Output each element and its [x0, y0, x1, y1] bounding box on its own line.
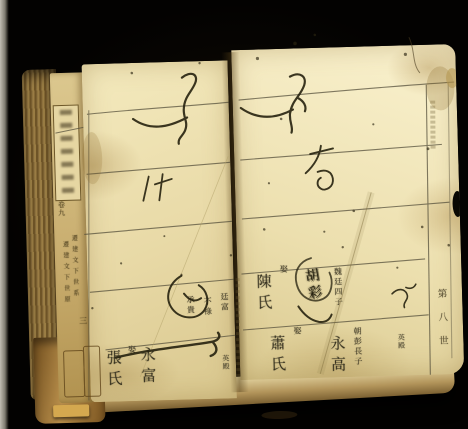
- tiny-note-left: 英殿: [222, 354, 229, 370]
- small-name-chenggui: 承貴: [186, 295, 195, 315]
- page-edge-gilt-strip: [53, 404, 89, 417]
- genealogy-book: 卷九 遷建文下世系 遷建文下世原 三 承貴 不祿 廷富 英殿 娶 張氏 永富 娶…: [19, 18, 466, 426]
- small-name-tingfu: 廷富: [220, 292, 229, 312]
- marriage-prefix-xiao: 娶: [293, 326, 301, 336]
- father-note-bottom: 朝彭長子: [353, 327, 362, 367]
- wife-name-chen: 陳氏: [255, 273, 271, 315]
- son-name-yonggao: 永高: [329, 335, 345, 377]
- right-page: [231, 44, 464, 380]
- son-name-yongfu: 永富: [139, 346, 155, 388]
- tiny-note-right: 英殿: [397, 334, 404, 350]
- edge-note-column-2: 遷建文下世原: [61, 241, 69, 307]
- illegible-title-text: [60, 110, 74, 196]
- photo-canvas: 卷九 遷建文下世系 遷建文下世原 三 承貴 不祿 廷富 英殿 娶 張氏 永富 娶…: [0, 0, 468, 429]
- father-note-top: 魏廷四子: [333, 267, 342, 307]
- wife-name-xiao: 蕭氏: [269, 335, 285, 377]
- edge-page-number: 三: [79, 316, 87, 326]
- volume-label: 卷九: [57, 201, 64, 217]
- marriage-prefix-chen: 娶: [279, 265, 287, 275]
- spine-title-slip: [53, 105, 82, 202]
- edge-note-column-1: 遷建文下世系: [70, 235, 78, 301]
- wife-name-zhang: 張氏: [106, 349, 122, 391]
- small-name-bulu: 不祿: [203, 297, 212, 317]
- marriage-prefix-zhang: 娶: [127, 345, 135, 355]
- fold-generation-label: 第八世: [436, 288, 447, 359]
- scan-edge-light: [0, 0, 9, 429]
